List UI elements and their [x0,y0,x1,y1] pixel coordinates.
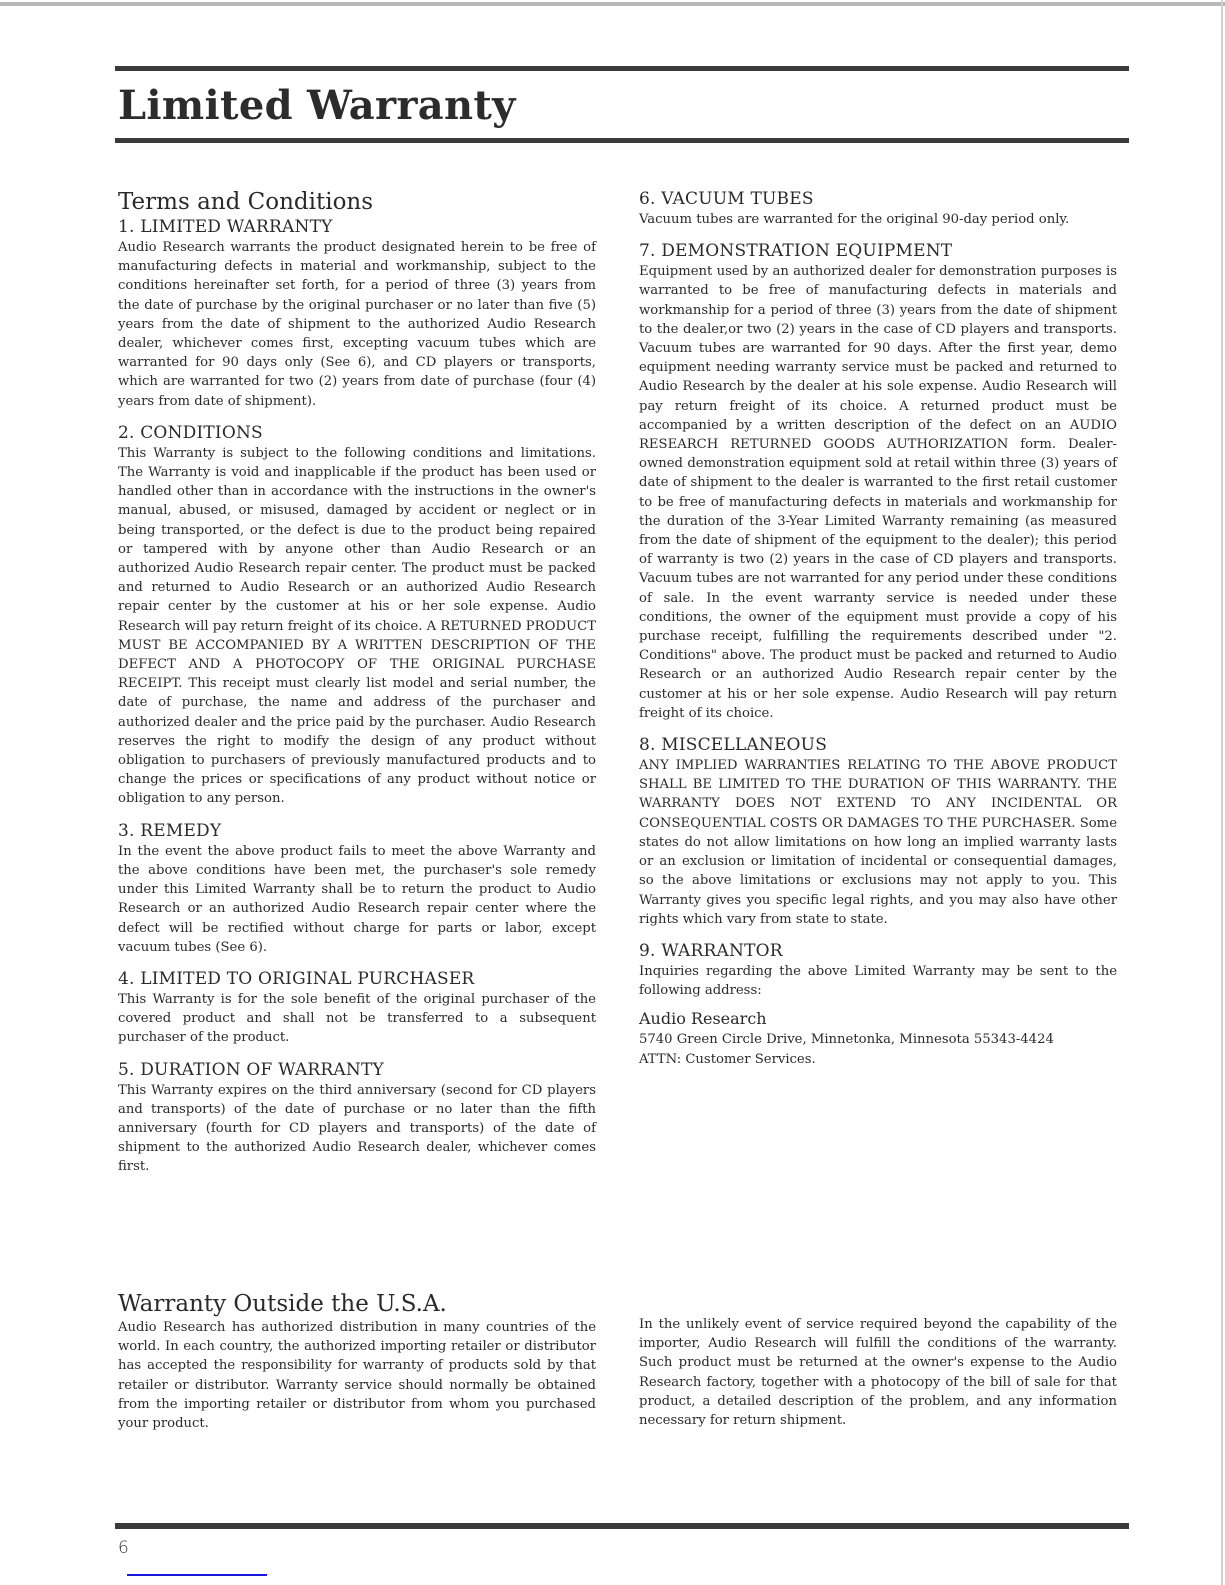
outside-usa-heading: Warranty Outside the U.S.A. [118,1290,596,1318]
outside-usa-paragraph-left: Audio Research has authorized distributi… [118,1318,596,1433]
section-body: Equipment used by an authorized dealer f… [639,262,1117,723]
page-title: Limited Warranty [118,78,516,134]
section-title: 1. LIMITED WARRANTY [118,216,596,238]
scan-edge-right [1221,0,1223,1585]
section-demonstration-equipment: 7. DEMONSTRATION EQUIPMENT Equipment use… [639,240,1117,723]
section-body: In the event the above product fails to … [118,842,596,957]
section-body: This Warranty expires on the third anniv… [118,1081,596,1177]
section-limited-warranty: 1. LIMITED WARRANTY Audio Research warra… [118,216,596,411]
link-underline[interactable] [127,1574,267,1576]
warrantor-address: Audio Research 5740 Green Circle Drive, … [639,1008,1117,1068]
section-body: This Warranty is for the sole benefit of… [118,990,596,1048]
section-body: Vacuum tubes are warranted for the origi… [639,210,1117,229]
section-title: 6. VACUUM TUBES [639,188,1117,210]
header-rule-bottom [115,138,1129,143]
section-title: 4. LIMITED TO ORIGINAL PURCHASER [118,968,596,990]
section-title: 7. DEMONSTRATION EQUIPMENT [639,240,1117,262]
left-column: Terms and Conditions 1. LIMITED WARRANTY… [118,188,596,1177]
section-body: This Warranty is subject to the followin… [118,444,596,809]
scan-edge-top [0,2,1225,6]
page-number: 6 [118,1538,129,1558]
section-body: Audio Research warrants the product desi… [118,238,596,411]
section-title: 3. REMEDY [118,820,596,842]
section-title: 5. DURATION OF WARRANTY [118,1059,596,1081]
outside-usa-paragraph-right: In the unlikely event of service require… [639,1315,1117,1430]
section-title: 8. MISCELLANEOUS [639,734,1117,756]
section-miscellaneous: 8. MISCELLANEOUS ANY IMPLIED WARRANTIES … [639,734,1117,929]
outside-usa-right: In the unlikely event of service require… [639,1315,1117,1430]
section-body: Inquiries regarding the above Limited Wa… [639,962,1117,1000]
terms-heading: Terms and Conditions [118,188,596,216]
section-duration-of-warranty: 5. DURATION OF WARRANTY This Warranty ex… [118,1059,596,1177]
section-warrantor: 9. WARRANTOR Inquiries regarding the abo… [639,940,1117,1000]
section-limited-to-original-purchaser: 4. LIMITED TO ORIGINAL PURCHASER This Wa… [118,968,596,1048]
section-conditions: 2. CONDITIONS This Warranty is subject t… [118,422,596,809]
attention-line: ATTN: Customer Services. [639,1050,1117,1069]
header-rule-top [115,66,1129,71]
street-address: 5740 Green Circle Drive, Minnetonka, Min… [639,1030,1117,1049]
section-remedy: 3. REMEDY In the event the above product… [118,820,596,957]
footer-rule [115,1523,1129,1529]
section-title: 2. CONDITIONS [118,422,596,444]
company-name: Audio Research [639,1008,1117,1030]
section-body: ANY IMPLIED WARRANTIES RELATING TO THE A… [639,756,1117,929]
section-vacuum-tubes: 6. VACUUM TUBES Vacuum tubes are warrant… [639,188,1117,229]
outside-usa-left: Warranty Outside the U.S.A. Audio Resear… [118,1290,596,1433]
right-column: 6. VACUUM TUBES Vacuum tubes are warrant… [639,188,1117,1069]
section-title: 9. WARRANTOR [639,940,1117,962]
